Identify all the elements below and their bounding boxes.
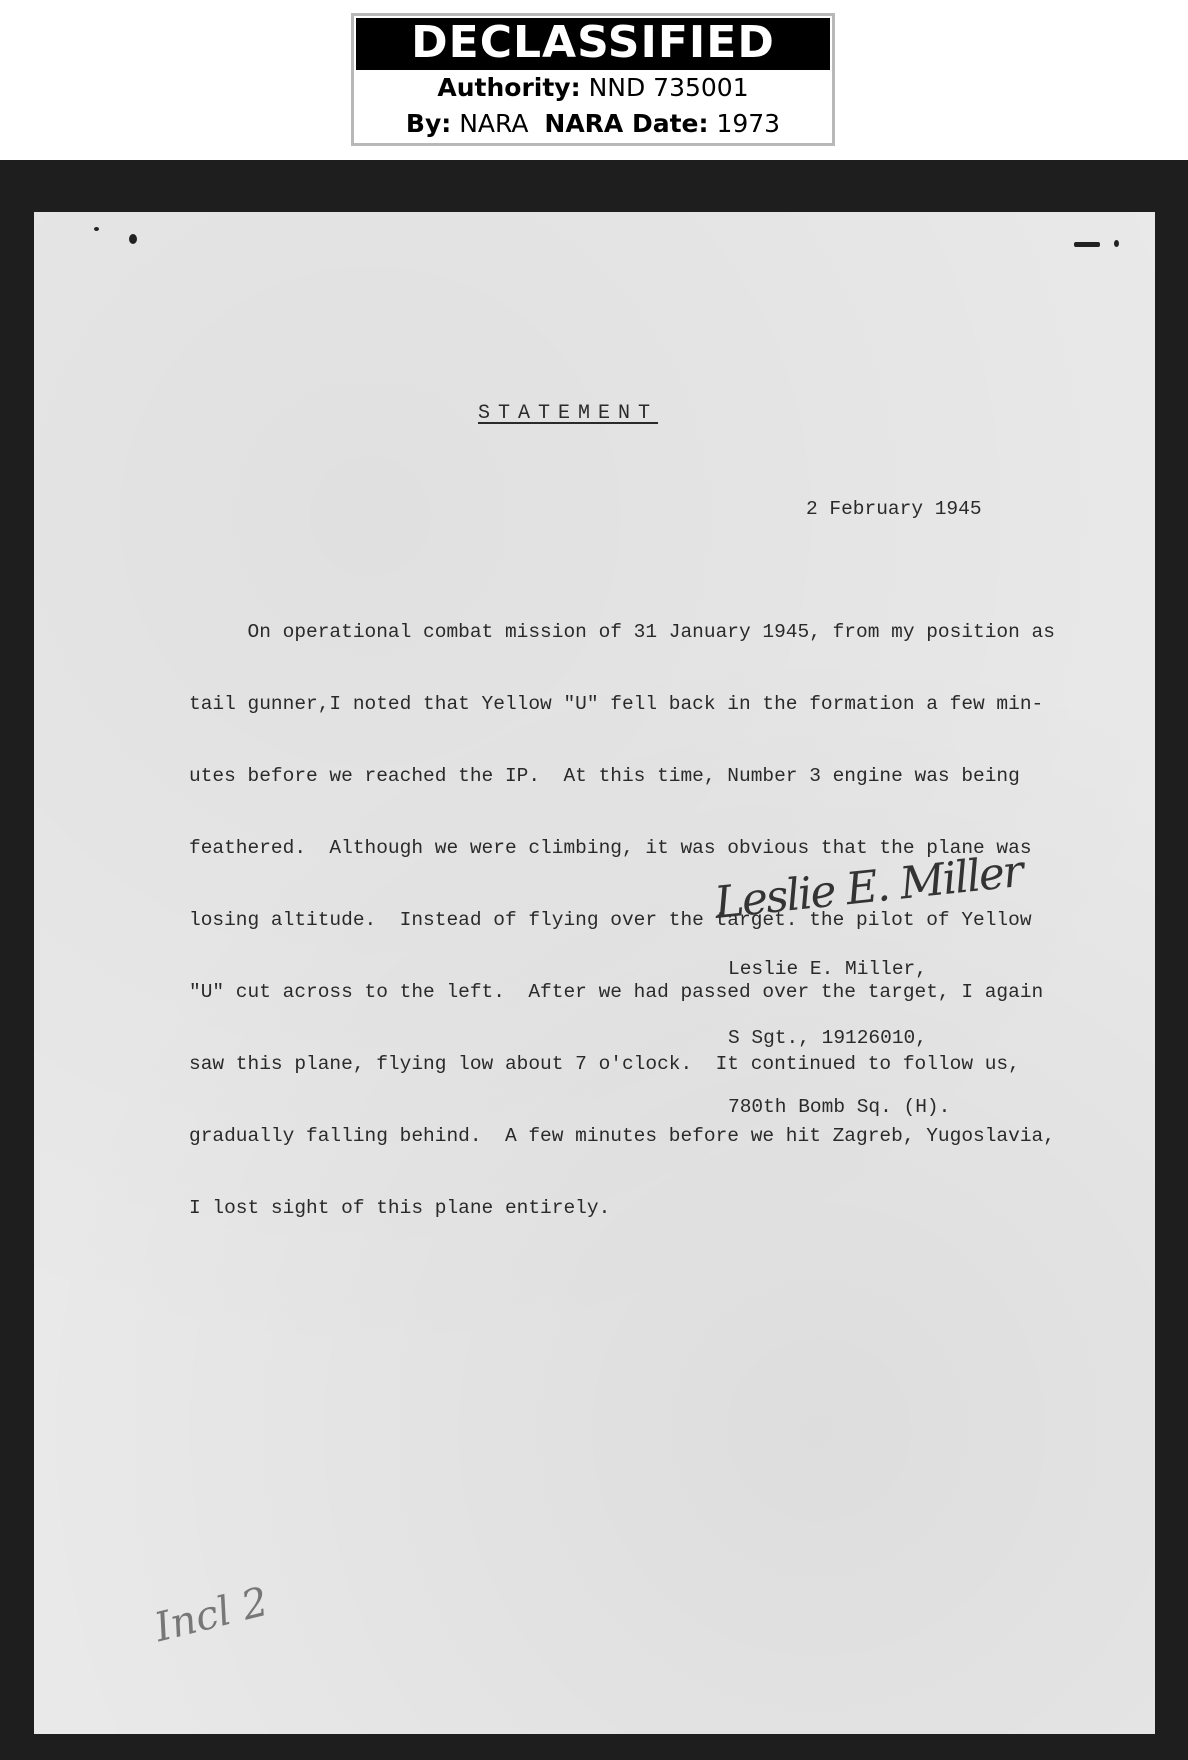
by-value: NARA bbox=[459, 109, 528, 138]
signer-rank-serial: S Sgt., 19126010, bbox=[728, 1027, 950, 1050]
body-line: gradually falling behind. A few minutes … bbox=[189, 1124, 1089, 1148]
scan-speck bbox=[129, 234, 137, 244]
scan-speck bbox=[94, 227, 99, 231]
stamp-heading: DECLASSIFIED bbox=[356, 18, 830, 70]
signature-block: Leslie E. Miller, S Sgt., 19126010, 780t… bbox=[728, 912, 950, 1165]
nara-date-label: NARA Date: bbox=[544, 109, 708, 138]
body-line: utes before we reached the IP. At this t… bbox=[189, 764, 1089, 788]
body-line: On operational combat mission of 31 Janu… bbox=[189, 620, 1089, 644]
stamp-authority: Authority: NND 735001 bbox=[354, 70, 832, 106]
body-line: I lost sight of this plane entirely. bbox=[189, 1196, 1089, 1220]
declassified-stamp: DECLASSIFIED Authority: NND 735001 By: N… bbox=[351, 13, 835, 146]
signer-name: Leslie E. Miller, bbox=[728, 958, 950, 981]
body-line: saw this plane, flying low about 7 o'clo… bbox=[189, 1052, 1089, 1076]
by-label: By: bbox=[406, 109, 451, 138]
stamp-by-date: By: NARA NARA Date: 1973 bbox=[354, 106, 832, 142]
document-date: 2 February 1945 bbox=[806, 498, 982, 520]
scan-frame: STATEMENT 2 February 1945 On operational… bbox=[0, 160, 1188, 1760]
scan-speck bbox=[1114, 240, 1119, 247]
body-line: tail gunner,I noted that Yellow "U" fell… bbox=[189, 692, 1089, 716]
authority-value: NND 735001 bbox=[589, 73, 749, 102]
body-line: losing altitude. Instead of flying over … bbox=[189, 908, 1089, 932]
document-page: STATEMENT 2 February 1945 On operational… bbox=[34, 212, 1155, 1734]
handwritten-margin-note: Incl 2 bbox=[150, 1579, 273, 1651]
document-title: STATEMENT bbox=[478, 402, 658, 425]
scan-speck bbox=[1074, 242, 1100, 247]
authority-label: Authority: bbox=[437, 73, 580, 102]
body-line: "U" cut across to the left. After we had… bbox=[189, 980, 1089, 1004]
nara-date-value: 1973 bbox=[716, 109, 780, 138]
signer-unit: 780th Bomb Sq. (H). bbox=[728, 1096, 950, 1119]
statement-body: On operational combat mission of 31 Janu… bbox=[189, 572, 1089, 1268]
